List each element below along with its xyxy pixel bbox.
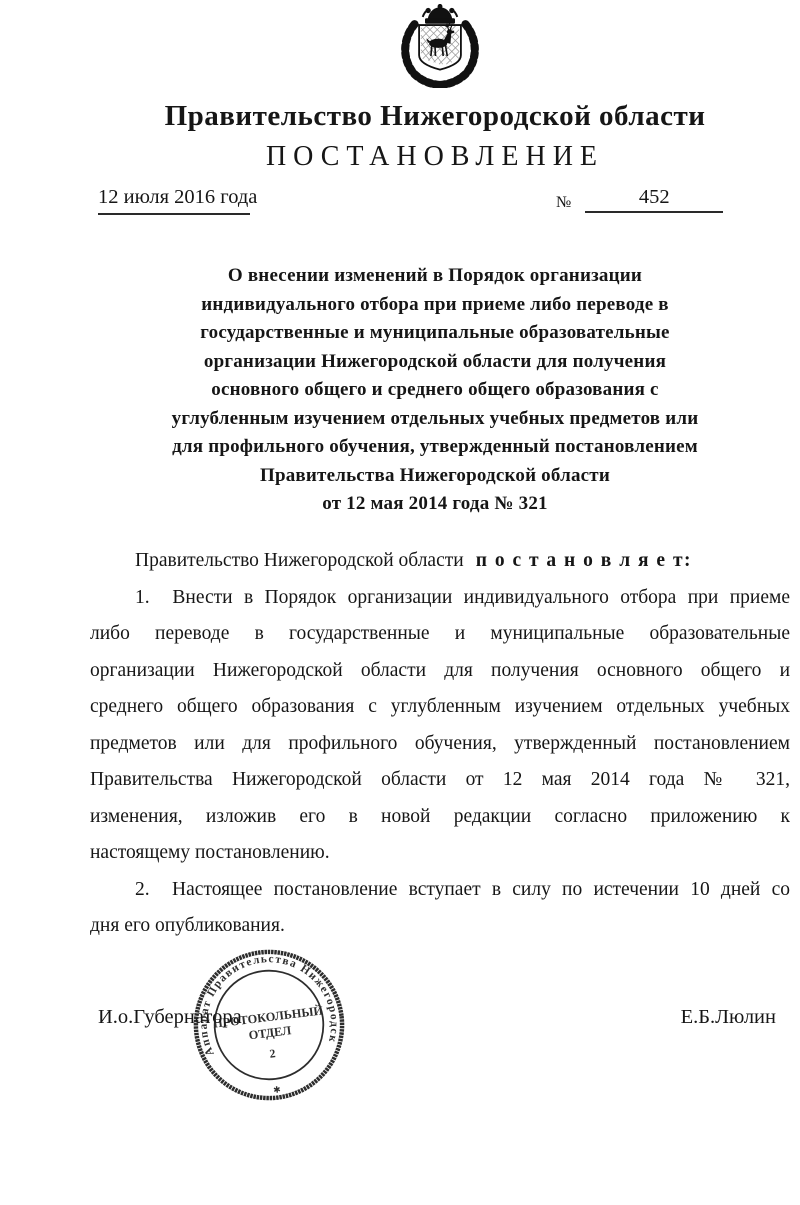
stamp-center-number: 2: [269, 1046, 277, 1061]
signer-name: Е.Б.Люлин: [681, 1006, 776, 1029]
date-field: 12 июля 2016 года: [98, 186, 250, 215]
title-line: государственные и муниципальные образова…: [75, 319, 795, 348]
body-line: либо переводе в государственные и муници…: [90, 616, 790, 653]
title-line: индивидуального отбора при приеме либо п…: [75, 291, 795, 320]
intro-resolves-word: п о с т а н о в л я е т:: [476, 550, 692, 571]
stamp-center-line2: ОТДЕЛ: [248, 1023, 292, 1042]
body-line: настоящему постановлению.: [90, 835, 790, 872]
coat-of-arms-icon: [390, 4, 490, 88]
title-line: организации Нижегородской области для по…: [75, 348, 795, 377]
doc-type-title: ПОСТАНОВЛЕНИЕ: [75, 141, 795, 173]
number-sign-label: №: [556, 194, 571, 213]
stamp-separator: ✱: [273, 1084, 282, 1095]
body-line: дня его опубликования.: [90, 908, 790, 945]
document-body: Правительство Нижегородской областип о с…: [90, 543, 790, 945]
document-title: О внесении изменений в Порядок организац…: [75, 262, 795, 519]
body-line: организации Нижегородской области для по…: [90, 653, 790, 690]
document-page: Правительство Нижегородской области ПОСТ…: [0, 0, 800, 1205]
body-paragraphs: 1. Внести в Порядок организации индивиду…: [90, 580, 790, 945]
body-line: предметов или для профильного обучения, …: [90, 726, 790, 763]
body-line: 2. Настоящее постановление вступает в си…: [90, 872, 790, 909]
org-name: Правительство Нижегородской области: [75, 100, 795, 133]
body-line: изменения, изложив его в новой редакции …: [90, 799, 790, 836]
title-line: О внесении изменений в Порядок организац…: [75, 262, 795, 291]
stamp-ring-text: Аппарат Правительства Нижегородской обла…: [181, 937, 343, 1062]
title-line: от 12 мая 2014 года № 321: [75, 490, 795, 519]
body-line: среднего общего образования с углубленны…: [90, 689, 790, 726]
body-line: 1. Внести в Порядок организации индивиду…: [90, 580, 790, 617]
intro-line: Правительство Нижегородской областип о с…: [90, 543, 790, 580]
intro-normal: Правительство Нижегородской области: [135, 550, 464, 571]
svg-text:Аппарат Правительства Нижегоро: Аппарат Правительства Нижегородской обла…: [181, 937, 343, 1062]
document-number: 452: [585, 186, 723, 213]
number-block: № 452: [556, 186, 723, 213]
title-line: углубленным изучением отдельных учебных …: [75, 405, 795, 434]
official-round-stamp: Аппарат Правительства Нижегородской обла…: [181, 937, 357, 1113]
body-line: Правительства Нижегородской области от 1…: [90, 762, 790, 799]
title-line: основного общего и среднего общего образ…: [75, 376, 795, 405]
title-line: для профильного обучения, утвержденный п…: [75, 433, 795, 462]
title-line: Правительства Нижегородской области: [75, 462, 795, 491]
